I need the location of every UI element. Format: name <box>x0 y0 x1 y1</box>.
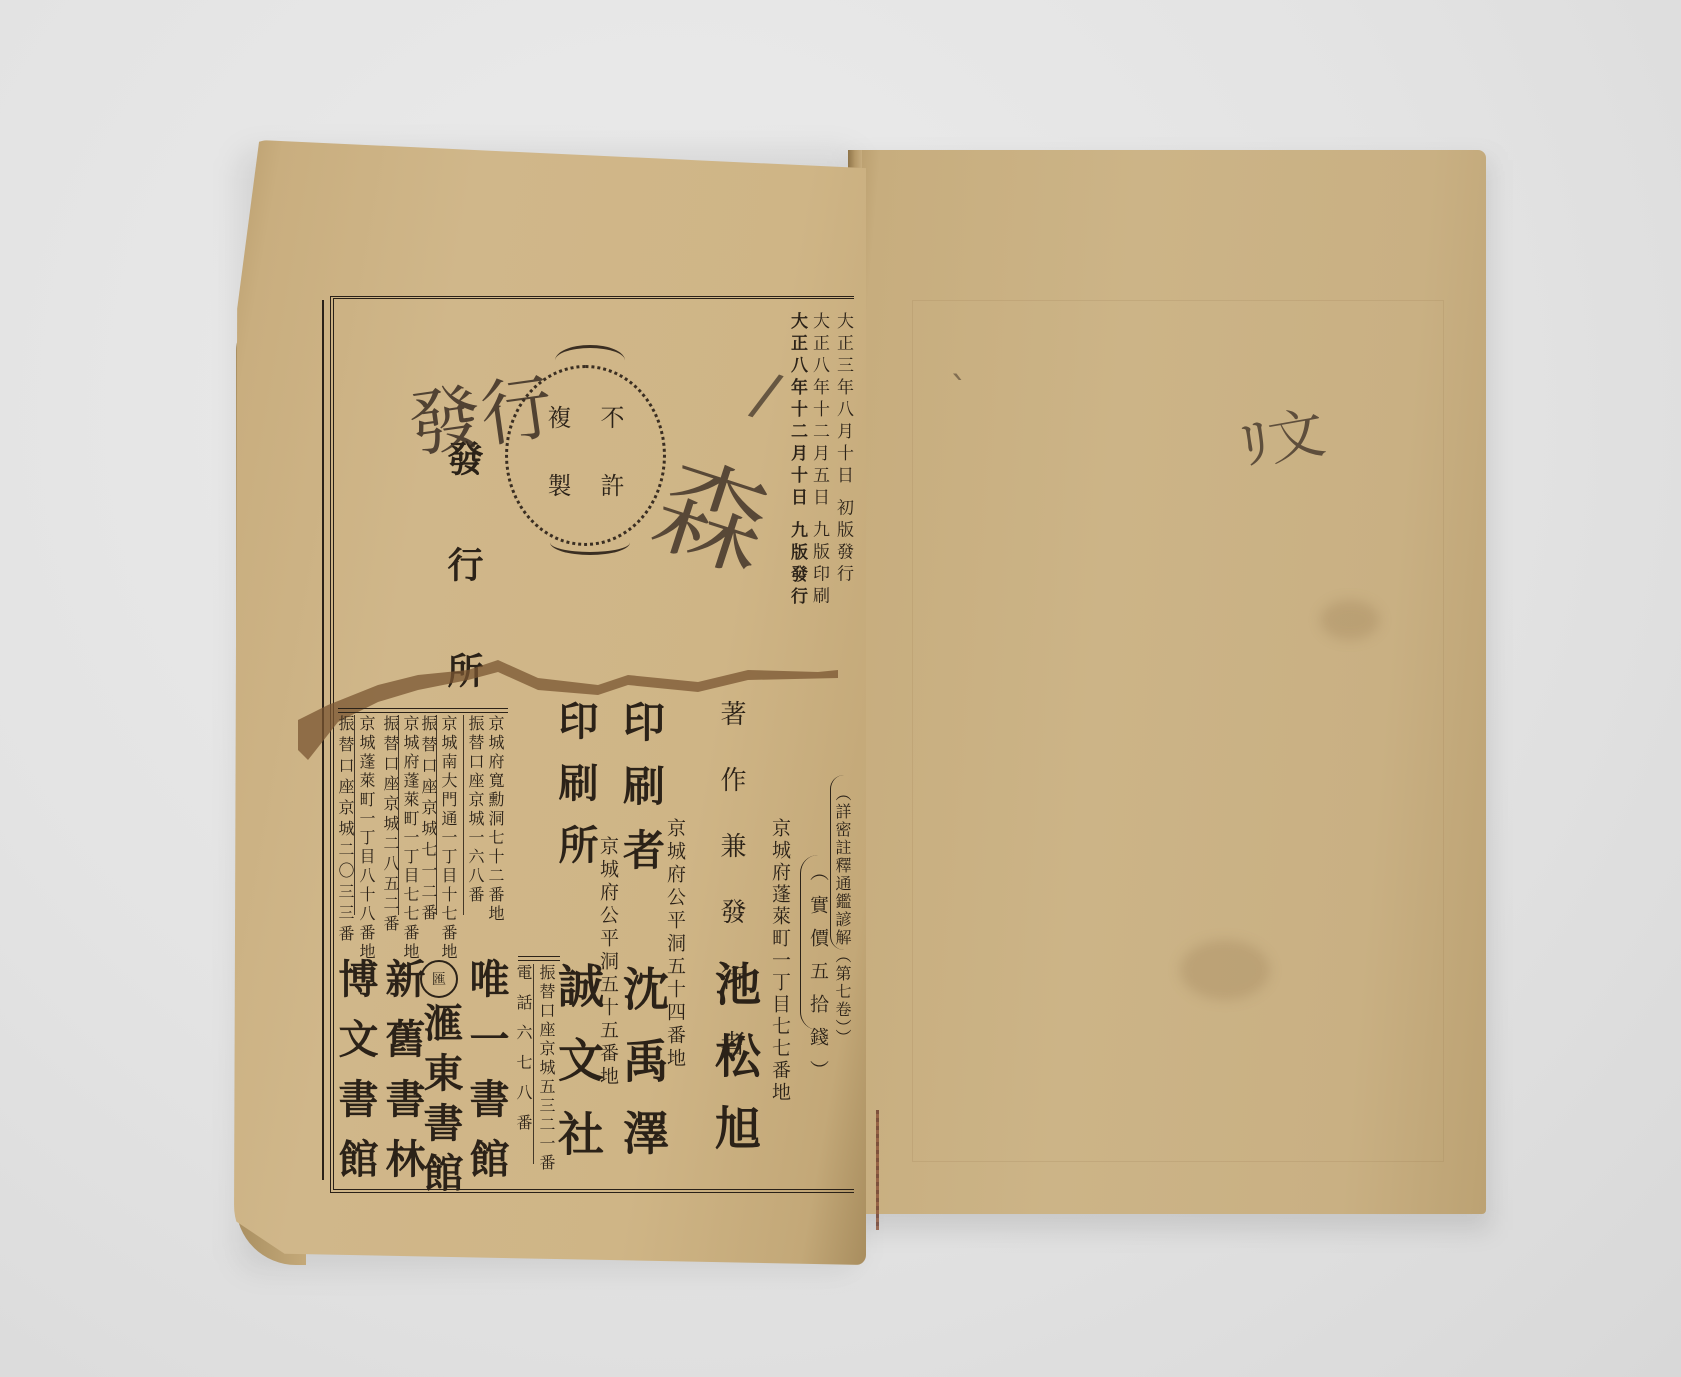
distributor-4-account: 振替口座京城二〇三三番 <box>337 715 353 946</box>
printer-name: 沈禹澤 <box>620 965 666 1181</box>
rule <box>518 956 560 961</box>
distributor-3-name: 新舊書林 <box>382 958 422 1198</box>
distributor-2-account: 振替口座京城七一二番 <box>420 715 436 925</box>
seal-ornament-top <box>555 345 625 376</box>
rule <box>354 715 355 915</box>
rule <box>338 708 508 713</box>
rule <box>533 964 534 1164</box>
ninth-issue-date: 大正八年十二月十日 九版發行 <box>788 312 805 609</box>
printing-office-phone: 電話六七八番 <box>515 964 531 1144</box>
distributor-1-name: 唯一書館 <box>466 958 506 1198</box>
printing-office-account: 振替口座京城五三二一番 <box>538 964 554 1173</box>
distributor-3-account: 振替口座京城二八五二番 <box>382 715 398 935</box>
distributor-3-address: 京城府蓬萊町一丁目七七番地 <box>402 715 418 962</box>
first-edition-date: 大正三年八月十日 初版發行 <box>834 312 851 586</box>
ninth-printing-date: 大正八年十二月五日 九版印刷 <box>810 312 827 608</box>
stain <box>1180 940 1270 1000</box>
distributor-2-name: 滙東書館 <box>420 1002 460 1202</box>
bleed-through-ink-mark: ﾘ文 <box>1234 388 1331 481</box>
distributor-2-address: 京城南大門通一丁目十七番地 <box>440 715 456 962</box>
binding-thread <box>876 1110 879 1230</box>
distributor-4-name: 博文書館 <box>335 958 375 1198</box>
handwritten-annotation-left: 發行 <box>401 348 558 471</box>
distributor-4-address: 京城蓬萊町一丁目八十八番地 <box>358 715 374 962</box>
seal-text-no-permission: 不許 <box>598 405 622 541</box>
ink-spot: ˋ <box>950 370 968 411</box>
author-name: 池松旭 <box>712 960 758 1176</box>
price: （實價五拾錢） <box>808 862 827 1093</box>
right-page-faint-frame <box>912 300 1444 1162</box>
rule <box>436 715 437 915</box>
author-address: 京城府蓬萊町一丁目七七番地 <box>770 818 789 1104</box>
printing-office-name: 誠文社 <box>555 962 601 1184</box>
printing-office-label: 印刷所 <box>555 700 595 886</box>
stain <box>1320 600 1380 640</box>
printer-label: 印刷者 <box>620 700 662 892</box>
rule <box>398 715 399 915</box>
rule <box>463 715 464 915</box>
distributor-1-account: 振替口座京城一六八番 <box>467 715 483 905</box>
distributor-1-address: 京城府寬勳洞七十二番地 <box>487 715 503 924</box>
